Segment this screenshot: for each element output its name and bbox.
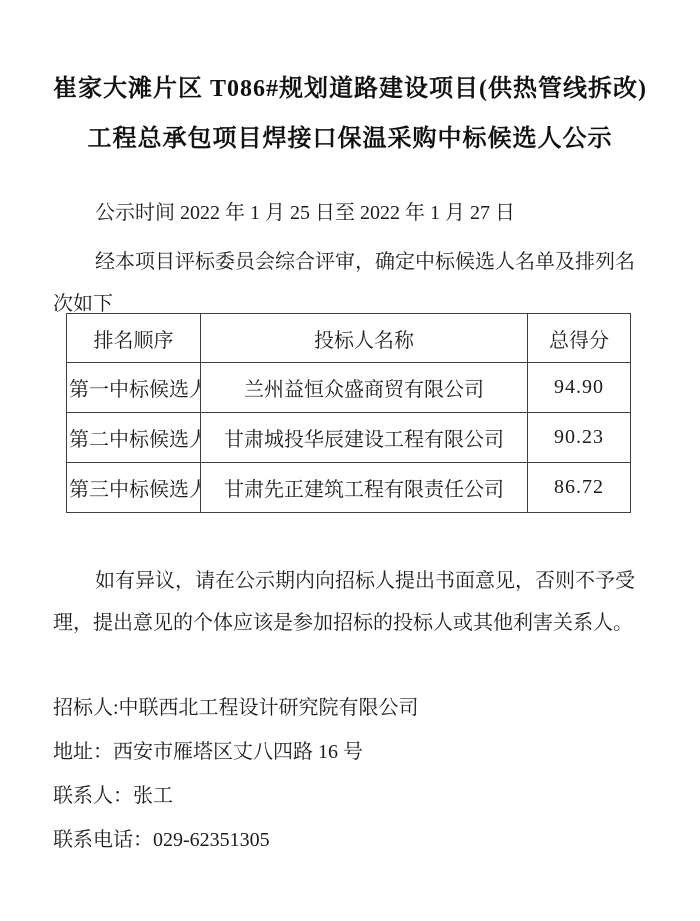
phone-line: 联系电话：029-62351305 <box>53 818 653 862</box>
document-title-line1: 崔家大滩片区 T086#规划道路建设项目(供热管线拆改) <box>0 64 700 114</box>
contact-info-block: 招标人:中联西北工程设计研究院有限公司 地址：西安市雁塔区丈八四路 16 号 联… <box>53 686 653 862</box>
rank-cell: 第一中标候选人 <box>67 363 201 413</box>
objection-notice-line1: 如有异议，请在公示期内向招标人提出书面意见，否则不予受 <box>53 560 653 602</box>
document-title: 崔家大滩片区 T086#规划道路建设项目(供热管线拆改) 工程总承包项目焊接口保… <box>0 64 700 164</box>
contact-person-line: 联系人：张工 <box>53 774 653 818</box>
rank-cell: 第三中标候选人 <box>67 463 201 513</box>
table-row: 第三中标候选人 甘肃先正建筑工程有限责任公司 86.72 <box>67 463 631 513</box>
tenderer-line: 招标人:中联西北工程设计研究院有限公司 <box>53 686 653 730</box>
table-header-rank: 排名顺序 <box>67 314 201 363</box>
bidder-name-cell: 兰州益恒众盛商贸有限公司 <box>201 363 528 413</box>
bidder-name-cell: 甘肃先正建筑工程有限责任公司 <box>201 463 528 513</box>
score-cell: 90.23 <box>528 413 631 463</box>
review-intro-line1: 经本项目评标委员会综合评审，确定中标候选人名单及排列名 <box>53 241 653 283</box>
address-line: 地址：西安市雁塔区丈八四路 16 号 <box>53 730 653 774</box>
publicity-period-text: 公示时间 2022 年 1 月 25 日至 2022 年 1 月 27 日 <box>53 198 653 228</box>
announcement-document-page: 崔家大滩片区 T086#规划道路建设项目(供热管线拆改) 工程总承包项目焊接口保… <box>0 0 700 921</box>
objection-notice-line2: 理，提出意见的个体应该是参加招标的投标人或其他利害关系人。 <box>53 602 653 644</box>
document-title-line2: 工程总承包项目焊接口保温采购中标候选人公示 <box>0 114 700 164</box>
score-cell: 86.72 <box>528 463 631 513</box>
objection-notice-paragraph: 如有异议，请在公示期内向招标人提出书面意见，否则不予受 理，提出意见的个体应该是… <box>53 560 653 644</box>
table-row: 第一中标候选人 兰州益恒众盛商贸有限公司 94.90 <box>67 363 631 413</box>
bid-candidates-table: 排名顺序 投标人名称 总得分 第一中标候选人 兰州益恒众盛商贸有限公司 94.9… <box>66 313 631 513</box>
table-row: 第二中标候选人 甘肃城投华辰建设工程有限公司 90.23 <box>67 413 631 463</box>
score-cell: 94.90 <box>528 363 631 413</box>
table-header-row: 排名顺序 投标人名称 总得分 <box>67 314 631 363</box>
table-header-score: 总得分 <box>528 314 631 363</box>
table-header-bidder: 投标人名称 <box>201 314 528 363</box>
bidder-name-cell: 甘肃城投华辰建设工程有限公司 <box>201 413 528 463</box>
rank-cell: 第二中标候选人 <box>67 413 201 463</box>
